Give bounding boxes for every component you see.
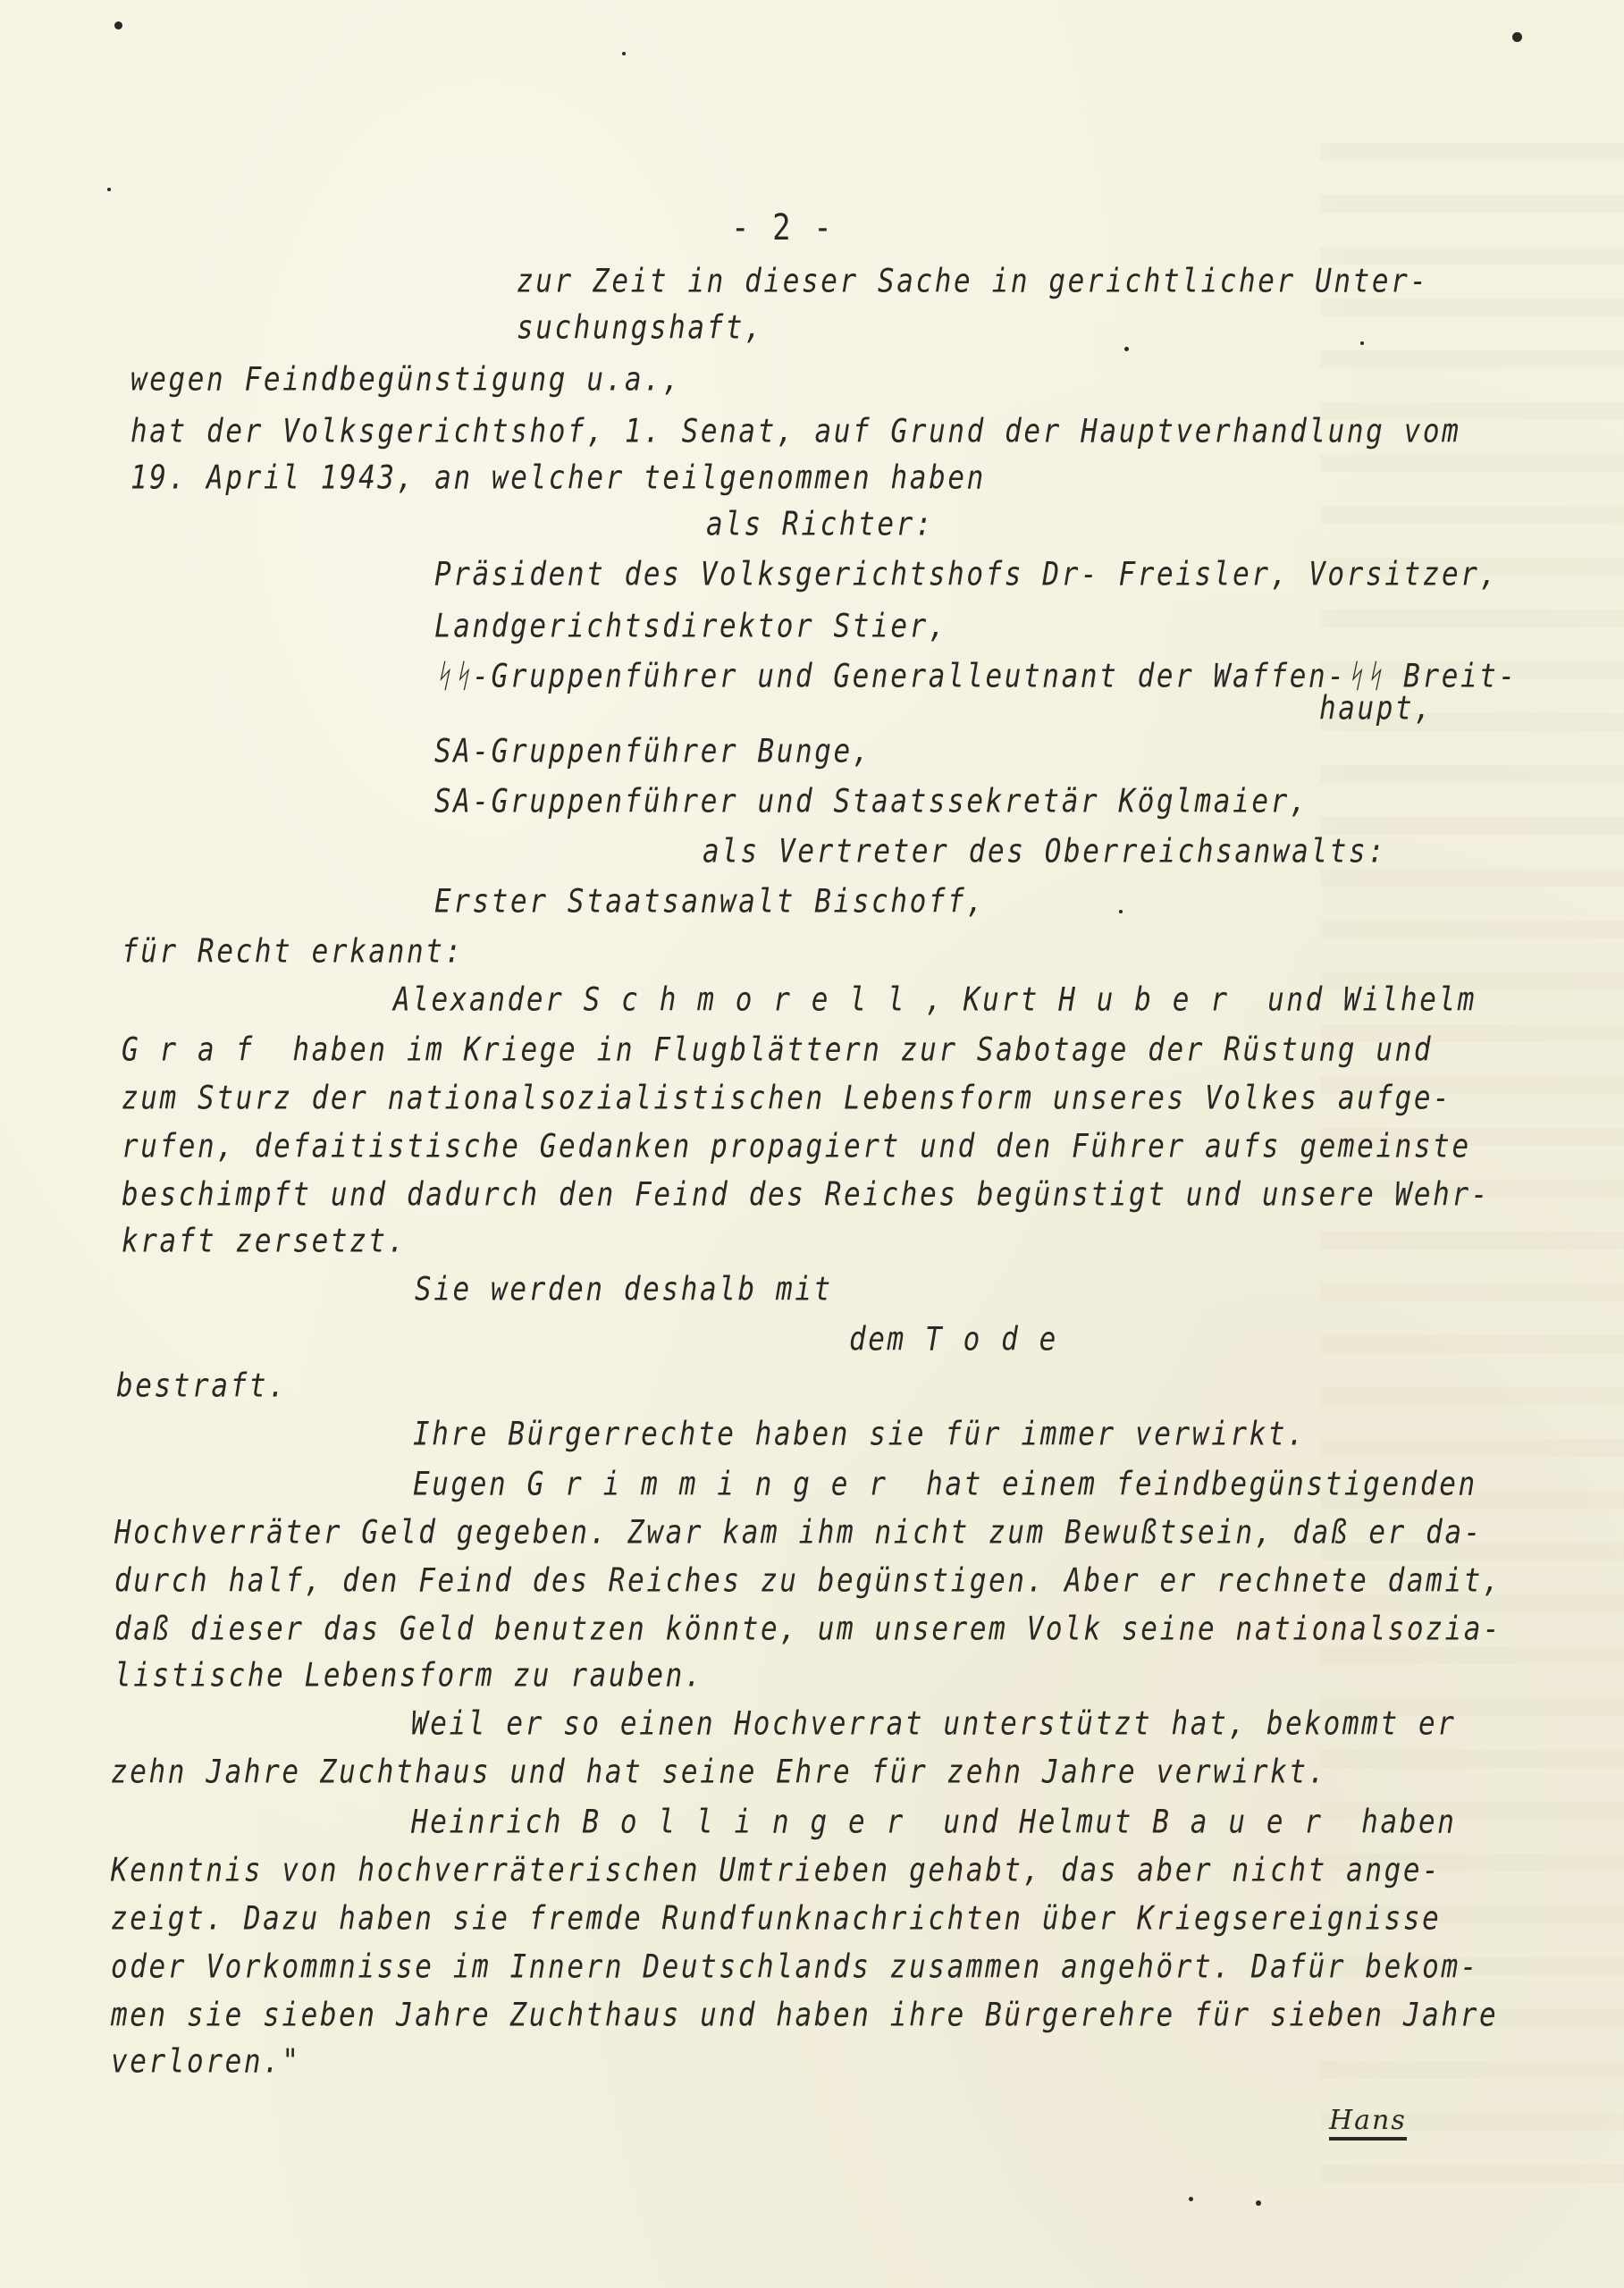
text-line: kraft zersetzt. xyxy=(122,1225,407,1258)
text-line: zeigt. Dazu haben sie fremde Rundfunknac… xyxy=(111,1903,1441,1936)
catchword: Hans xyxy=(1329,2105,1407,2141)
text-line: beschimpft und dadurch den Feind des Rei… xyxy=(122,1179,1490,1212)
text-line: 19. April 1943, an welcher teilgenommen … xyxy=(130,462,986,495)
text-line: men sie sieben Jahre Zuchthaus und haben… xyxy=(111,1999,1498,2032)
speck xyxy=(1119,910,1123,913)
text-line: listische Lebensform zu rauben. xyxy=(114,1660,703,1693)
text-line: bestraft. xyxy=(116,1370,287,1403)
speck xyxy=(1360,341,1364,345)
speck xyxy=(107,188,111,191)
text-line: SA-Gruppenführer Bunge, xyxy=(434,736,871,769)
text-line: für Recht erkannt: xyxy=(122,936,464,969)
speck xyxy=(1256,2200,1261,2206)
text-line: Erster Staatsanwalt Bischoff, xyxy=(434,886,986,919)
text-line: SA-Gruppenführer und Staatssekretär Kögl… xyxy=(434,786,1308,819)
text-line: rufen, defaitistische Gedanken propagier… xyxy=(122,1131,1471,1164)
text-line: zehn Jahre Zuchthaus und hat seine Ehre … xyxy=(111,1756,1327,1789)
text-line: dem T o d e xyxy=(849,1324,1058,1357)
text-line: daß dieser das Geld benutzen könnte, um … xyxy=(114,1613,1502,1646)
text-line: Hochverräter Geld gegeben. Zwar kam ihm … xyxy=(114,1517,1483,1550)
bleed-through-text xyxy=(1320,143,1624,2199)
text-line: zur Zeit in dieser Sache in gerichtliche… xyxy=(517,265,1429,299)
text-line: G r a f haben im Kriege in Flugblättern … xyxy=(122,1034,1433,1067)
text-line: Kenntnis von hochverräterischen Umtriebe… xyxy=(111,1855,1441,1888)
text-line: Präsident des Volksgerichtshofs Dr- Frei… xyxy=(434,559,1499,592)
text-line: Heinrich B o l l i n g e r und Helmut B … xyxy=(411,1806,1457,1839)
speck xyxy=(622,52,626,55)
text-line: ᛋᛋ-Gruppenführer und Generalleutnant der… xyxy=(434,660,1518,694)
text-line: Alexander S c h m o r e l l , Kurt H u b… xyxy=(393,984,1477,1017)
text-line: als Vertreter des Oberreichsanwalts: xyxy=(703,836,1387,869)
punch-hole-mark xyxy=(114,21,122,29)
text-line: durch half, den Feind des Reiches zu beg… xyxy=(114,1565,1502,1598)
text-line: Landgerichtsdirektor Stier, xyxy=(434,610,947,643)
punch-hole-mark xyxy=(1512,32,1522,42)
text-line: haupt, xyxy=(1319,693,1434,726)
document-page: - 2 - zur Zeit in dieser Sache in gerich… xyxy=(0,0,1624,2288)
text-line: Eugen G r i m m i n g e r hat einem fein… xyxy=(413,1468,1477,1501)
text-line: verloren." xyxy=(111,2046,301,2079)
speck xyxy=(1124,347,1129,351)
speck xyxy=(1189,2197,1193,2201)
page-number: - 2 - xyxy=(731,210,834,246)
text-line: als Richter: xyxy=(706,509,934,542)
text-line: wegen Feindbegünstigung u.a., xyxy=(130,364,682,397)
text-line: hat der Volksgerichtshof, 1. Senat, auf … xyxy=(130,416,1460,449)
text-line: oder Vorkommnisse im Innern Deutschlands… xyxy=(111,1951,1479,1984)
text-line: suchungshaft, xyxy=(517,312,763,345)
text-line: Weil er so einen Hochverrat unterstützt … xyxy=(411,1708,1457,1741)
text-line: Ihre Bürgerrechte haben sie für immer ve… xyxy=(413,1418,1306,1451)
text-line: zum Sturz der nationalsozialistischen Le… xyxy=(122,1082,1452,1115)
text-line: Sie werden deshalb mit xyxy=(415,1274,833,1307)
